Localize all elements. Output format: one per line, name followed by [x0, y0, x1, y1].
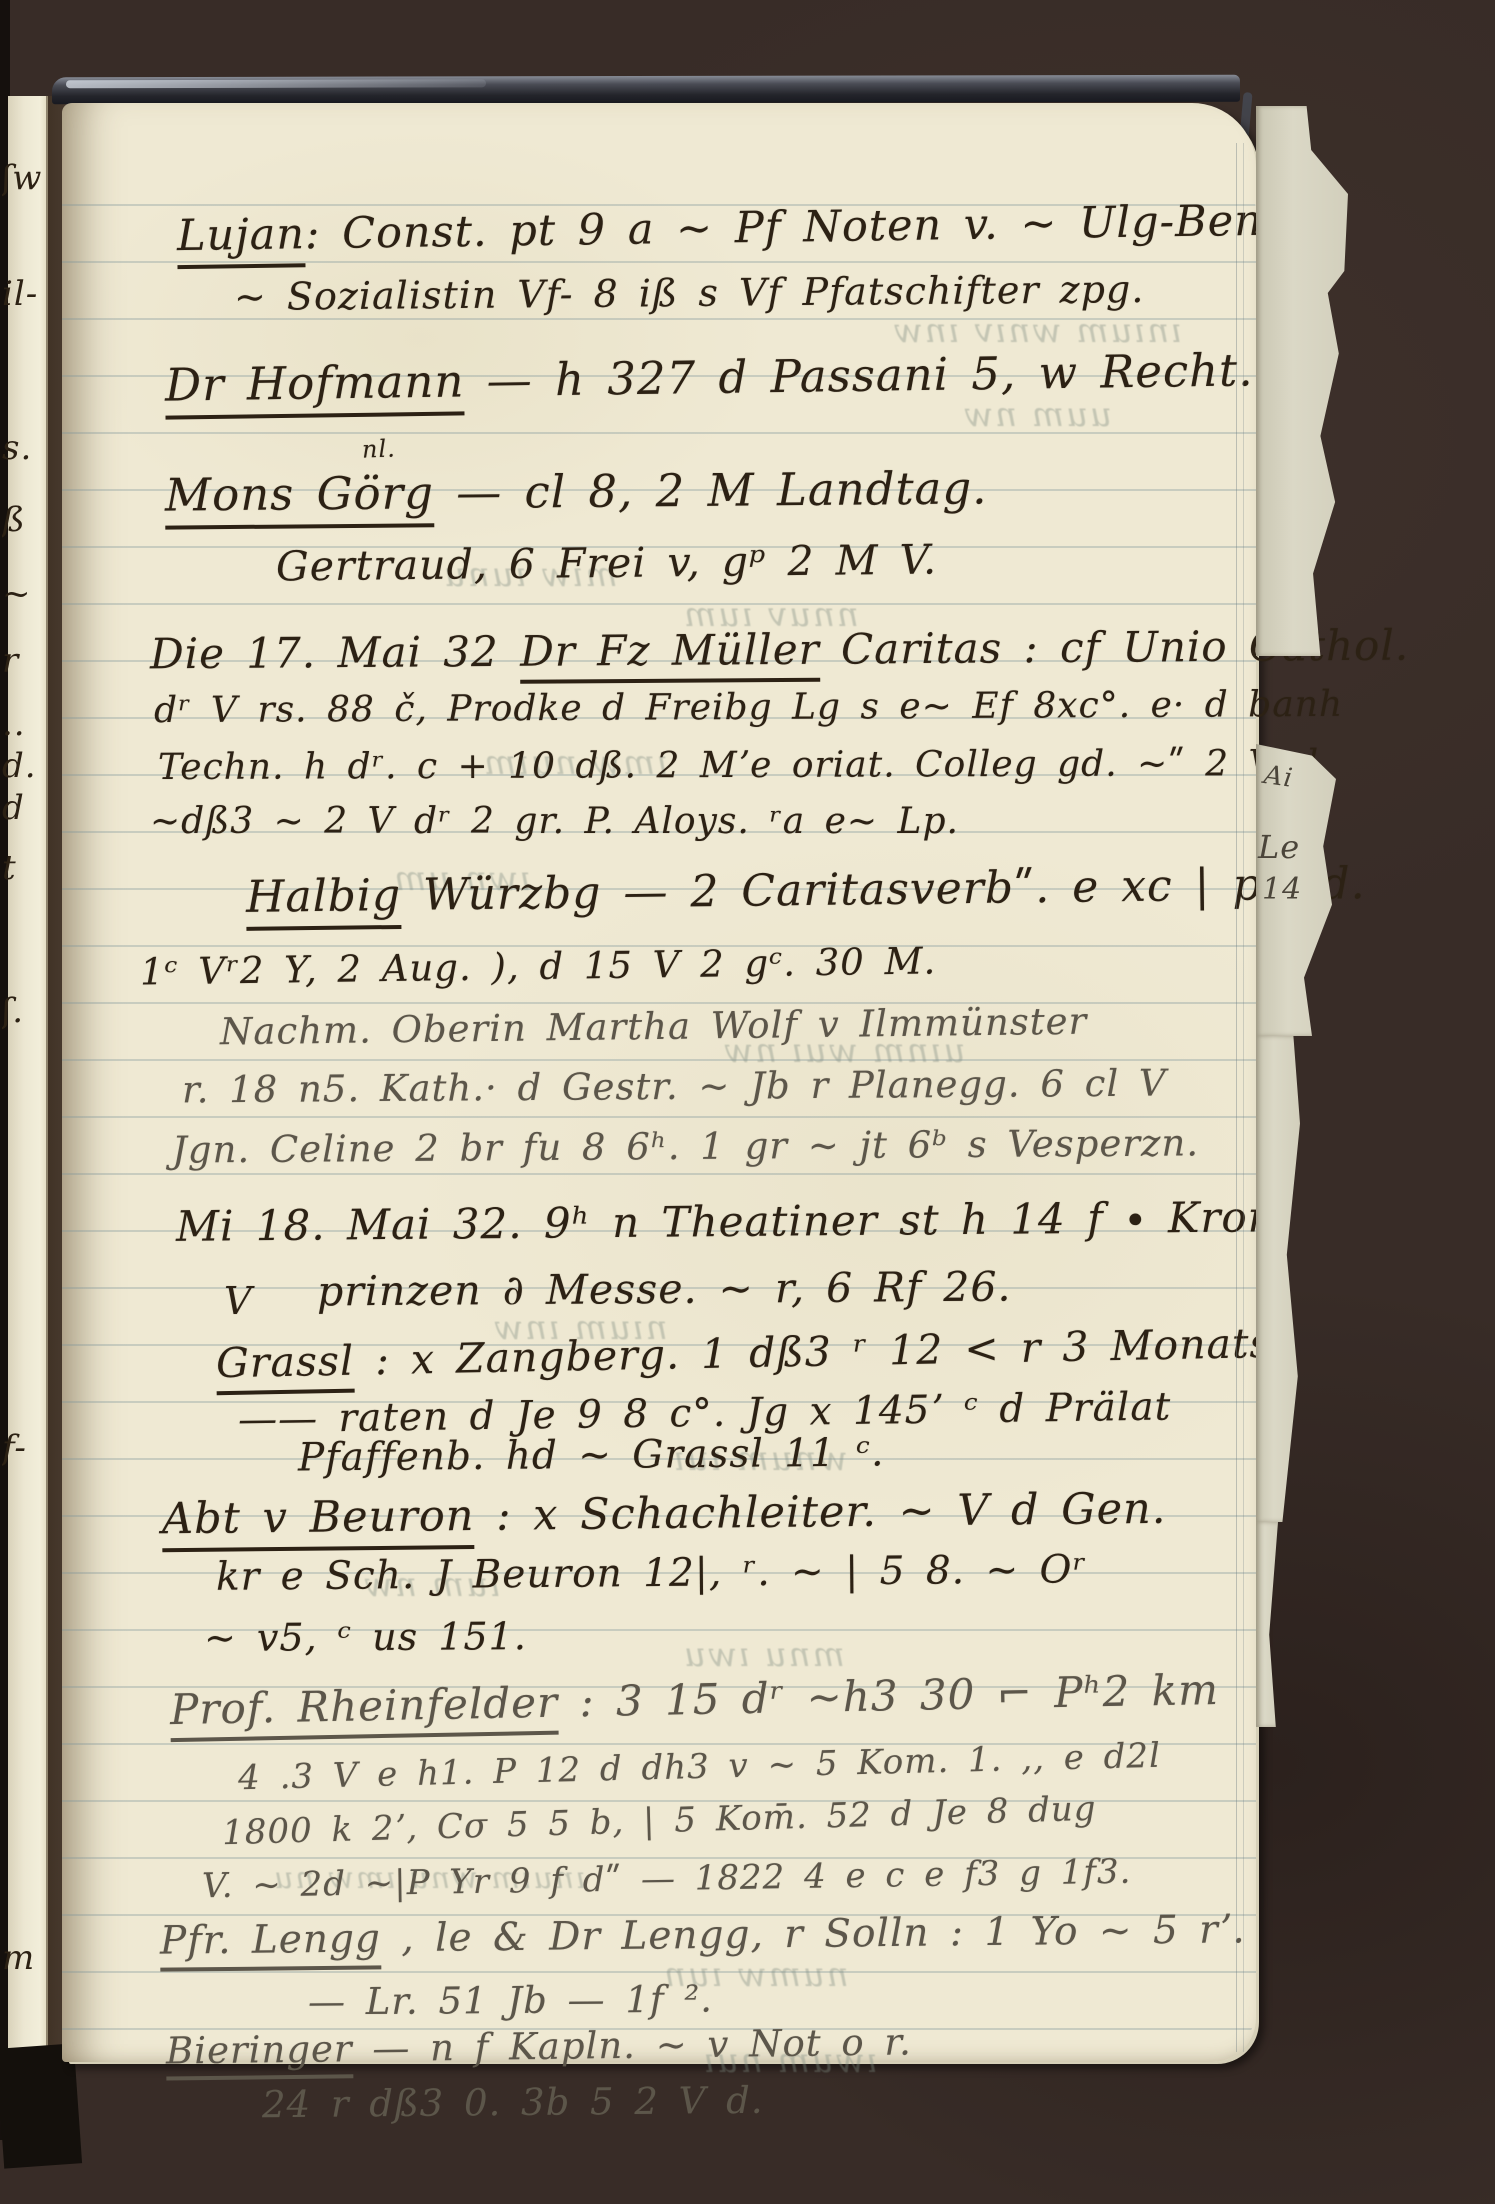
handwriting-line: dʳ V rs. 88 č, Prodke d Freibg Lg s e~ E… — [154, 684, 1343, 731]
handwriting-line: kr e Sch. J Beuron 12|, ʳ. ~ | 5 8. ~ Oʳ — [216, 1547, 1087, 1600]
handwriting-line: Nachm. Oberin Martha Wolf v Ilmmünster — [220, 1000, 1088, 1054]
line-text: : x Schachleiter. ~ V d Gen. — [474, 1484, 1167, 1541]
handwriting-line: Mi 18. Mai 32. 9ʰ n Theatiner st h 14 f … — [176, 1192, 1291, 1251]
handwriting-line: Lujan: Const. pt 9 a ~ Pf Noten v. ~ Ulg… — [177, 195, 1333, 261]
torn-page-remnant — [1256, 106, 1348, 656]
underlined-name: Halbig — [246, 870, 402, 931]
line-text: dʳ V rs. 88 č, Prodke d Freibg Lg s e~ E… — [154, 684, 1343, 731]
torn-page-remnant — [1256, 1036, 1300, 1522]
handwriting-line: ~dß3 ~ 2 V dʳ 2 gr. P. Aloys. ʳa e~ Lp. — [150, 801, 959, 842]
ink-bleedthrough: uum nw — [962, 395, 1112, 435]
line-text: 1ᶜ Vʳ2 Y, 2 Aug. ), d 15 V 2 gᶜ. 30 M. — [140, 939, 937, 993]
line-text: Caritas : cf Unio Cathol. — [819, 621, 1409, 674]
underlined-name: Abt v Beuron — [162, 1491, 475, 1552]
handwriting-line: 1ᶜ Vʳ2 Y, 2 Aug. ), d 15 V 2 gᶜ. 30 M. — [140, 939, 937, 993]
handwriting-line: Pfaffenb. hd ~ Grassl 11 ᶜ. — [298, 1430, 885, 1480]
handwriting-line: prinzen ∂ Messe. ~ r, 6 Rf 26. — [317, 1263, 1012, 1316]
handwriting-line: Dr Hofmann — h 327 d Passani 5, w Recht. — [165, 343, 1254, 411]
handwriting-line: ~ v5, ᶜ us 151. — [204, 1614, 527, 1660]
ink-bleedthrough: mnu ıwu — [682, 1635, 845, 1675]
handwriting-line: r. 18 n5. Kath.· d Gestr. ~ Jb r Planegg… — [182, 1062, 1167, 1112]
handwriting-line: Die 17. Mai 32 Dr Fz Müller Caritas : cf… — [150, 621, 1409, 679]
line-text: nl. — [362, 434, 397, 463]
torn-writing-fragment: Ai — [1262, 760, 1295, 794]
handwriting-line: Techn. h dʳ. c + 10 dß. 2 Mʼe oriat. Col… — [158, 743, 1319, 788]
handwriting-line: Mons Görg — cl 8, 2 M Landtag. — [165, 461, 988, 521]
underlined-name: Dr Fz Müller — [520, 625, 820, 684]
underlined-name: Grassl — [216, 1337, 355, 1396]
underlined-name: Lujan — [177, 209, 306, 269]
line-text: Pfaffenb. hd ~ Grassl 11 ᶜ. — [298, 1430, 885, 1480]
handwriting-line: ~ Sozialistin Vf- 8 iß s Vf Pfatschifter… — [234, 267, 1145, 319]
line-text: 9ʰ n Theatiner st h 14 f ∙ Kron- — [544, 1192, 1291, 1248]
handwriting-line: 1800 k 2ʼ, Cσ 5 5 b, | 5 Kom̄. 52 d Je 8… — [222, 1789, 1097, 1853]
underlined-name: Mons Görg — [165, 466, 434, 529]
torn-writing-fragment: 14 — [1262, 872, 1302, 907]
line-text: 24 r dß3 0. 3b 5 2 V d. — [262, 2079, 764, 2126]
handwriting-line: Halbig Würzbg — 2 Caritasverbʺ. e xc | p… — [246, 858, 1366, 923]
underlined-name: Prof. Rheinfelder — [170, 1678, 559, 1742]
date-text: Die 17. Mai 32 — [150, 627, 520, 679]
handwriting-line: Bieringer — n f Kapln. ~ v Not o r. — [166, 2020, 912, 2072]
handwriting-line: V. ~ 2d ~|P Yr 9 f dʺ — 1822 4 e c e f3 … — [202, 1852, 1132, 1907]
handwriting-line: Jgn. Celine 2 br fu 8 6ʰ. 1 gr ~ jt 6ᵇ s… — [172, 1121, 1199, 1171]
line-text: V. ~ 2d ~|P Yr 9 f dʺ — 1822 4 e c e f3 … — [202, 1852, 1132, 1907]
underlined-name: Pfr. Lengg — [160, 1916, 381, 1971]
facing-page-sliver: ʃw il- s. ß ~ r .. d. d t ʃ. f- m w — [8, 96, 48, 2060]
line-text: ~dß3 ~ 2 V dʳ 2 gr. P. Aloys. ʳa e~ Lp. — [150, 801, 959, 842]
line-text: — h 327 d Passani 5, w Recht. — [464, 343, 1254, 407]
line-text: — Lr. 51 Jb — 1f ². — [308, 1978, 713, 2024]
line-text: kr e Sch. J Beuron 12|, ʳ. ~ | 5 8. ~ Oʳ — [216, 1547, 1087, 1600]
handwriting-line: Pfr. Lengg , le & Dr Lengg, r Solln : 1 … — [160, 1907, 1246, 1963]
handwriting-line: Abt v Beuron : x Schachleiter. ~ V d Gen… — [162, 1484, 1167, 1545]
line-text: 4 .3 V e h1. P 12 d dh3 v ~ 5 Kom. 1. ,,… — [238, 1736, 1162, 1799]
line-text: Nachm. Oberin Martha Wolf v Ilmmünster — [220, 1000, 1088, 1054]
torn-writing-fragment: Le — [1258, 828, 1300, 866]
handwriting-line: 24 r dß3 0. 3b 5 2 V d. — [262, 2079, 764, 2126]
notebook-scan: ʃw il- s. ß ~ r .. d. d t ʃ. f- m w ınıu… — [0, 0, 1495, 2204]
underlined-name: Bieringer — [166, 2027, 353, 2080]
line-text: prinzen ∂ Messe. ~ r, 6 Rf 26. — [317, 1263, 1012, 1316]
date-text: Mi 18. Mai 32. — [176, 1199, 544, 1251]
line-text: Würzbg — 2 Caritasverbʺ. e xc | p~ d. — [401, 858, 1366, 921]
line-text: Techn. h dʳ. c + 10 dß. 2 Mʼe oriat. Col… — [158, 743, 1319, 788]
torn-page-remnant: Ai Le 14 — [1256, 744, 1336, 1036]
line-text: ~ v5, ᶜ us 151. — [204, 1614, 527, 1660]
line-text: : 3 15 dʳ ~h3 30 ⌐ Pʰ2 km — [558, 1665, 1220, 1727]
handwriting-line: Prof. Rheinfelder : 3 15 dʳ ~h3 30 ⌐ Pʰ2… — [170, 1665, 1220, 1734]
handwriting-line: 4 .3 V e h1. P 12 d dh3 v ~ 5 Kom. 1. ,,… — [238, 1736, 1162, 1799]
line-text: , le & Dr Lengg, r Solln : 1 Yo ~ 5 rʼ. — [381, 1907, 1246, 1961]
handwriting-line: Grassl : x Zangberg. 1 dß3 ʳ 12 < r 3 Mo… — [216, 1319, 1287, 1388]
diary-page: ınıum wnıv ınw uum nw mıw ıunu nnuv ıum … — [62, 103, 1256, 2062]
line-text: Jgn. Celine 2 br fu 8 6ʰ. 1 gr ~ jt 6ᵇ s… — [172, 1121, 1199, 1171]
line-text: : Const. pt 9 a ~ Pf Noten v. ~ Ulg-Bene… — [305, 195, 1333, 259]
book-edge-shadow-bottom — [0, 2043, 82, 2168]
torn-page-remnant — [1256, 1522, 1278, 1727]
handwriting-line: — Lr. 51 Jb — 1f ². — [308, 1978, 713, 2024]
line-text: : x Zangberg. 1 dß3 ʳ 12 < r 3 Monats- — [354, 1319, 1287, 1385]
line-text: — cl 8, 2 M Landtag. — [434, 461, 988, 519]
underlined-name: Dr Hofmann — [165, 354, 465, 419]
line-text: r. 18 n5. Kath.· d Gestr. ~ Jb r Planegg… — [182, 1062, 1167, 1112]
margin-check-mark: V — [224, 1279, 252, 1323]
line-text: 1800 k 2ʼ, Cσ 5 5 b, | 5 Kom̄. 52 d Je 8… — [222, 1789, 1097, 1853]
handwriting-line: Gertraud, 6 Frei v, gᵖ 2 M V. — [276, 536, 938, 591]
handwriting-superscript: nl. — [362, 434, 397, 463]
line-text: ~ Sozialistin Vf- 8 iß s Vf Pfatschifter… — [234, 267, 1145, 319]
line-text: Gertraud, 6 Frei v, gᵖ 2 M V. — [276, 536, 938, 591]
book-binding-edge — [52, 75, 1240, 104]
line-text: — n f Kapln. ~ v Not o r. — [352, 2020, 912, 2070]
